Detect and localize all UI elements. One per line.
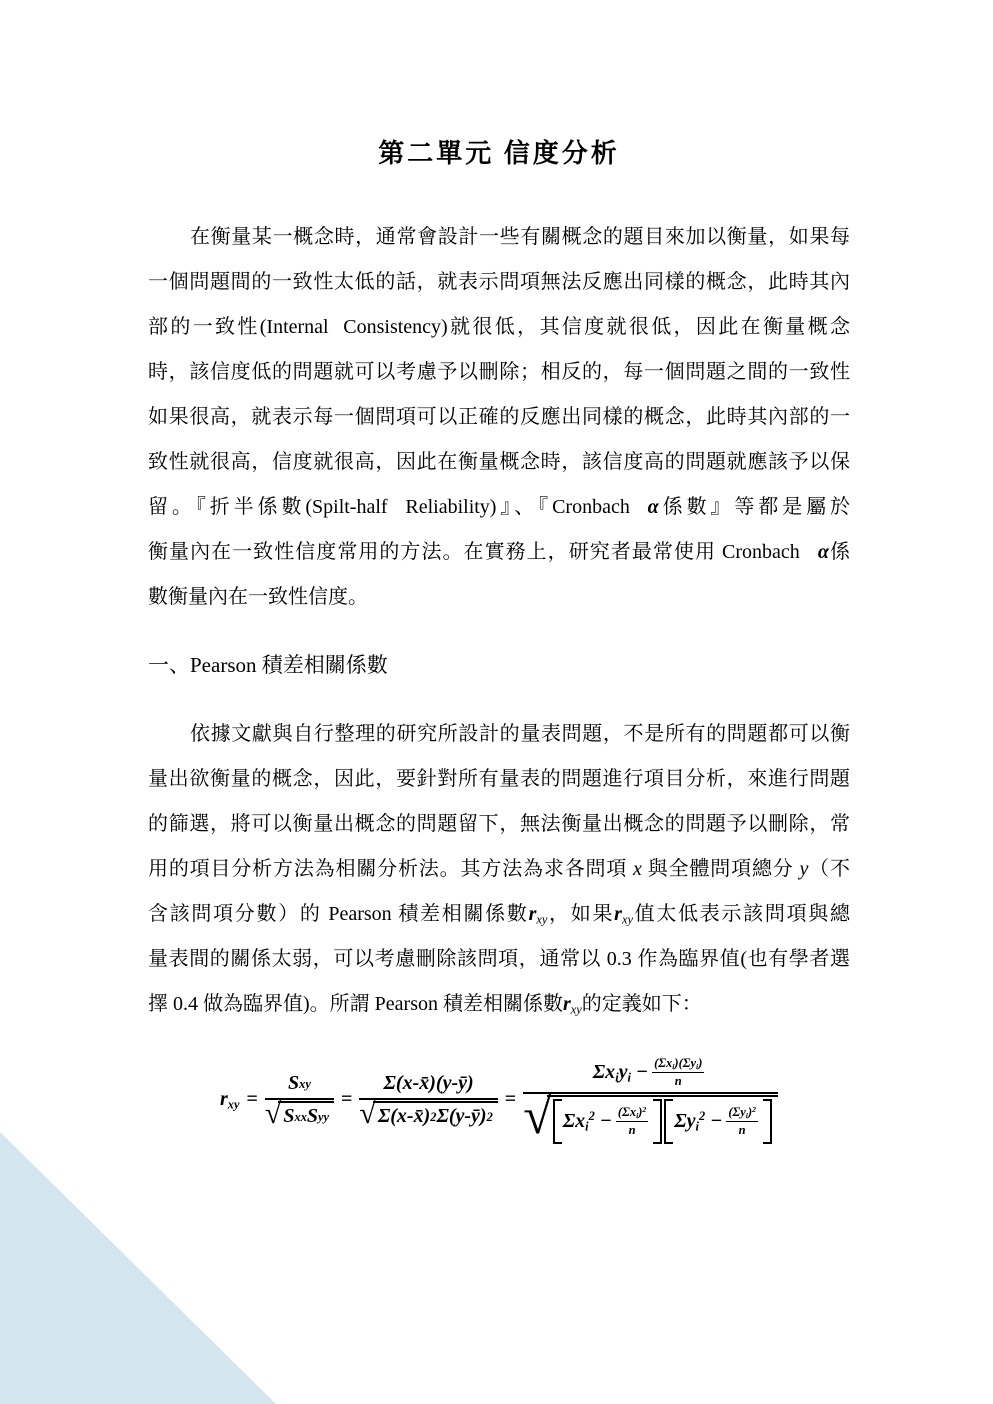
paragraph-2: 依據文獻與自行整理的研究所設計的量表問題，不是所有的問題都可以衡 量出欲衡量的概… (148, 712, 850, 1027)
formula-fraction-2: Σ(x-x̄)(y-ȳ) √ Σ(x-x̄)2Σ(y-ȳ)2 (359, 1071, 497, 1128)
body-line: 在衡量某一概念時，通常會設計一些有關概念的題目來加以衡量，如果每 (148, 215, 850, 260)
body-line: 含該問項分數）的 Pearson 積差相關係數rxy，如果rxy值太低表示該問項… (148, 892, 850, 937)
document-page: 第二單元 信度分析 在衡量某一概念時，通常會設計一些有關概念的題目來加以衡量，如… (0, 0, 993, 1404)
sum-term: Σyi2 − (674, 1110, 722, 1133)
body-line: 數衡量內在一致性信度。 (148, 575, 850, 620)
fraction-denominator: Σ(x-x̄)2Σ(y-ȳ)2 (373, 1101, 498, 1128)
fraction-numerator: Σ(x-x̄)(y-ȳ) (359, 1071, 497, 1100)
body-line: 留。『折半係數(Spilt-half Reliability)』、『Cronba… (148, 485, 850, 530)
fraction-numerator: Σxiyi − (Σxi)(Σyi) n (523, 1055, 778, 1094)
page-title: 第二單元 信度分析 (148, 0, 850, 172)
body-line: 時，該信度低的問題就可以考慮予以刪除；相反的，每一個問題之間的一致性 (148, 350, 850, 395)
formula-lhs: rxy (220, 1088, 240, 1111)
bracket-group-x: Σxi2 − (Σxi)2 n (553, 1099, 663, 1144)
body-line: 擇 0.4 做為臨界值)。所謂 Pearson 積差相關係數rxy的定義如下： (148, 982, 850, 1027)
bracket-group-y: Σyi2 − (Σyi)2 n (664, 1099, 772, 1144)
equals-sign: = (341, 1088, 352, 1111)
section-heading-pearson: 一、Pearson 積差相關係數 (148, 643, 850, 688)
body-line: 用的項目分析方法為相關分析法。其方法為求各問項 x 與全體問項總分 y（不 (148, 847, 850, 892)
body-line: 致性就很高，信度就很高，因此在衡量概念時，該信度高的問題就應該予以保 (148, 440, 850, 485)
inner-fraction: (Σyi)2 n (726, 1105, 758, 1138)
fraction-numerator: Sxy (265, 1071, 334, 1100)
fraction-denominator: √ Σxi2 − (Σxi)2 n Σyi2 − (523, 1094, 778, 1144)
body-line: 量出欲衡量的概念，因此，要針對所有量表的問題進行項目分析，來進行問題 (148, 757, 850, 802)
sum-term: Σxiyi − (593, 1061, 648, 1084)
body-line: 部的一致性(Internal Consistency)就很低，其信度就很低，因此… (148, 305, 850, 350)
corner-triangle-decoration (0, 1132, 276, 1404)
body-line: 量表間的關係太弱，可以考慮刪除該問項，通常以 0.3 作為臨界值(也有學者選 (148, 937, 850, 982)
paragraph-1: 在衡量某一概念時，通常會設計一些有關概念的題目來加以衡量，如果每 一個問題間的一… (148, 215, 850, 620)
pearson-formula: rxy = Sxy √ SxxSyy = Σ(x-x̄)(y-ȳ) √ Σ(x- (220, 1055, 850, 1144)
body-line: 一個問題間的一致性太低的話，就表示問項無法反應出同樣的概念，此時其內 (148, 260, 850, 305)
equals-sign: = (247, 1088, 258, 1111)
formula-fraction-3: Σxiyi − (Σxi)(Σyi) n √ Σxi2 − (523, 1055, 778, 1144)
formula-fraction-1: Sxy √ SxxSyy (265, 1071, 334, 1128)
body-line: 的篩選，將可以衡量出概念的問題留下，無法衡量出概念的問題予以刪除，常 (148, 802, 850, 847)
fraction-denominator: SxxSyy (278, 1101, 334, 1128)
body-line: 如果很高，就表示每一個問項可以正確的反應出同樣的概念，此時其內部的一 (148, 395, 850, 440)
inner-fraction: (Σxi)(Σyi) n (652, 1056, 704, 1089)
inner-fraction: (Σxi)2 n (616, 1105, 648, 1138)
equals-sign: = (505, 1088, 516, 1111)
body-line: 衡量內在一致性信度常用的方法。在實務上，研究者最常使用 Cronbach α係 (148, 530, 850, 575)
sum-term: Σxi2 − (563, 1110, 612, 1133)
body-line: 依據文獻與自行整理的研究所設計的量表問題，不是所有的問題都可以衡 (148, 712, 850, 757)
page-content: 第二單元 信度分析 在衡量某一概念時，通常會設計一些有關概念的題目來加以衡量，如… (148, 0, 850, 1144)
